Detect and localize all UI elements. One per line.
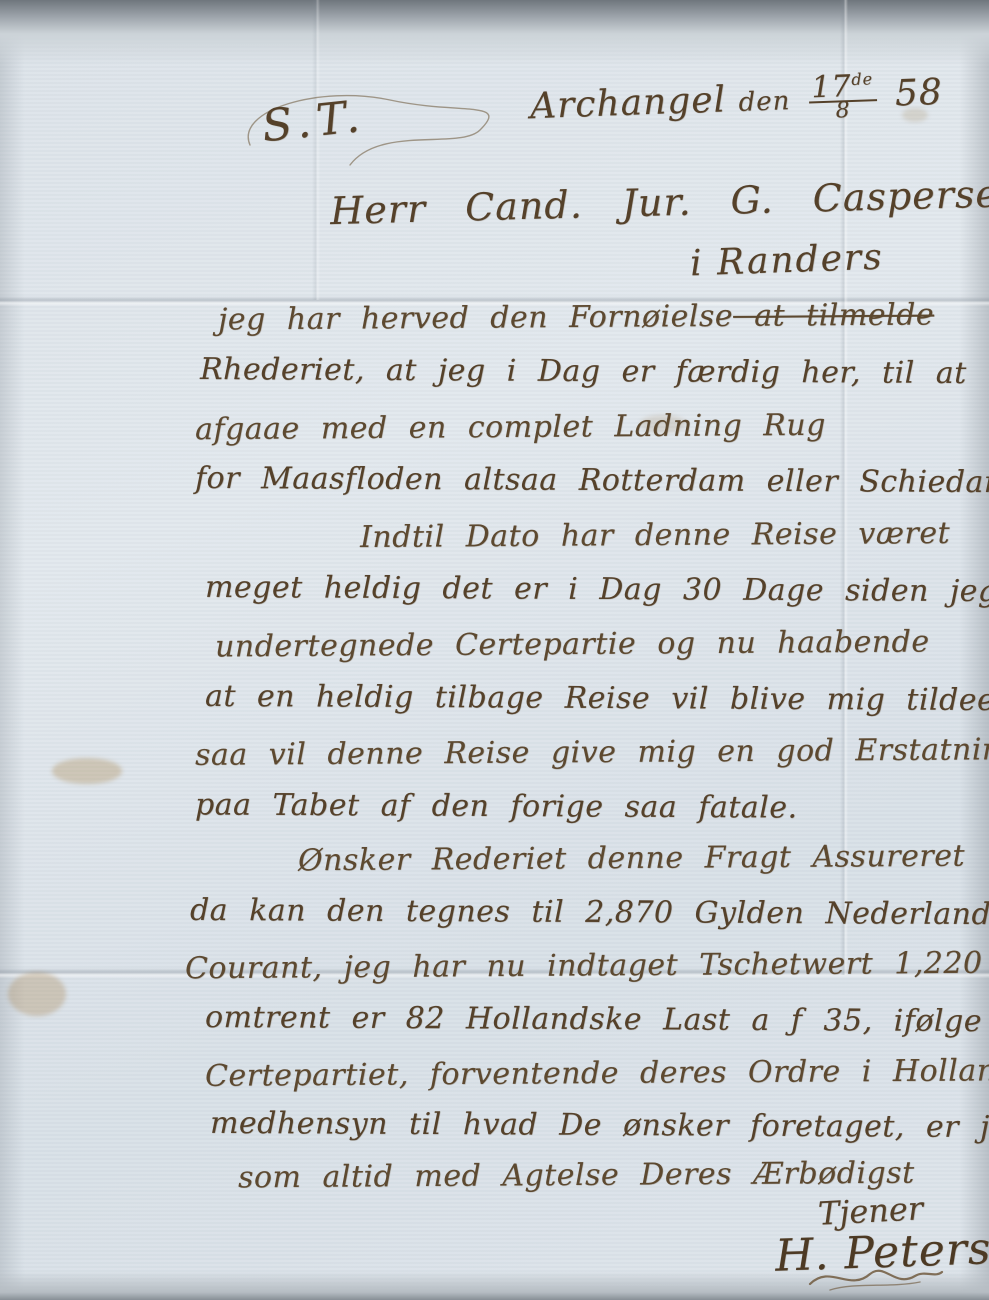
letter-line: Courant, jeg har nu indtaget Tschetwert … — [185, 945, 989, 987]
salutation-abbrev: S.T. — [260, 91, 368, 153]
letter-line: saa vil denne Reise give mig en god Erst… — [195, 732, 989, 773]
letter-line: meget heldig det er i Dag 30 Dage siden … — [205, 570, 989, 609]
dateline-year: 58 — [894, 72, 943, 115]
letter-line: jeg har herved den Fornøielse at tilmeld… — [218, 298, 934, 338]
letter-line: som altid med Agtelse Deres Ærbødigst — [238, 1156, 915, 1196]
foxing-spot — [52, 758, 122, 784]
vertical-fold-crease — [312, 0, 320, 300]
dateline-fraction: 17de8 — [808, 73, 877, 121]
letter-line: Ønsker Rederiet denne Fragt Assureret — [298, 839, 965, 879]
letter-line: Indtil Dato har denne Reise været — [360, 516, 950, 555]
letter-line: Rhederiet, at jeg i Dag er færdig her, t… — [200, 352, 967, 391]
struck-words: at tilmelde — [733, 298, 934, 334]
addressee-line: Herr Cand. Jur. G. Caspersen — [330, 171, 989, 233]
letter-line: medhensyn til hvad De ønsker foretaget, … — [210, 1106, 989, 1145]
letter-line: paa Tabet af den forige saa fatale. — [195, 787, 798, 825]
letter-line: afgaae med en complet Ladning Rug — [195, 408, 826, 447]
dateline-den: den — [738, 86, 791, 118]
letter-page: Archangel den 17de8 58 S.T. Herr Cand. J… — [0, 0, 989, 1300]
dateline: Archangel den 17de8 58 — [529, 71, 943, 131]
letter-line: at en heldig tilbage Reise vil blive mig… — [205, 679, 989, 718]
letter-line: Certepartiet, forventende deres Ordre i … — [205, 1053, 989, 1094]
foxing-spot — [8, 972, 66, 1016]
addressee-city: i Randers — [689, 237, 884, 285]
letter-line: omtrent er 82 Hollandske Last a ƒ 35, if… — [205, 1000, 982, 1039]
signature: H. Petersen — [774, 1221, 989, 1281]
letter-line: undertegnede Certepartie og nu haabende — [215, 625, 930, 665]
dateline-place: Archangel — [529, 79, 726, 127]
letter-line: for Maasfloden altsaa Rotterdam eller Sc… — [195, 461, 989, 500]
letter-line: da kan den tegnes til 2,870 Gylden Neder… — [190, 893, 989, 932]
